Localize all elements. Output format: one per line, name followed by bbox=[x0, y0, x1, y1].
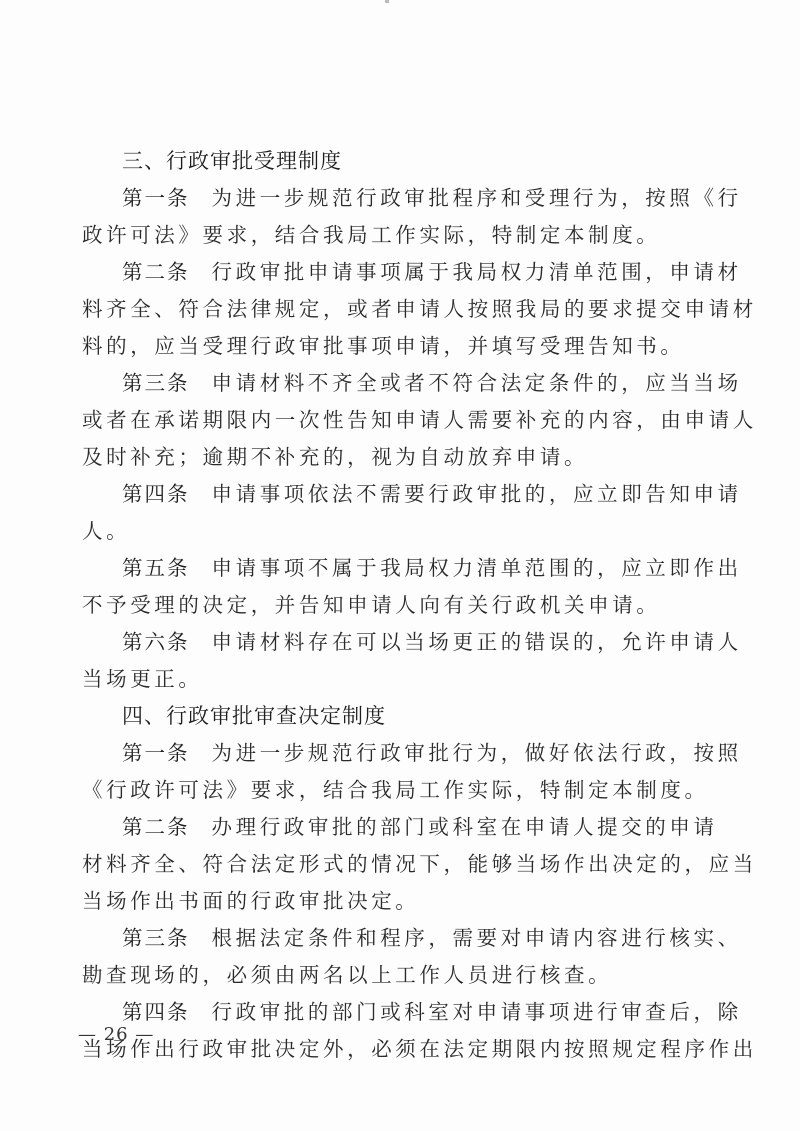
article-label: 第一条 bbox=[122, 741, 190, 765]
article-text: 《行政许可法》要求，结合我局工作实际，特制定本制度。 bbox=[82, 772, 722, 809]
article-text: 办理行政审批的部门或科室在申请人提交的申请 bbox=[212, 815, 718, 839]
article-3-5: 第五条申请事项不属于我局权力清单范围的，应立即作出 不予受理的决定，并告知申请人… bbox=[82, 550, 722, 624]
article-text: 申请材料不齐全或者不符合法定条件的，应当当场 bbox=[212, 371, 742, 395]
article-4-2: 第二条办理行政审批的部门或科室在申请人提交的申请 材料齐全、符合法定形式的情况下… bbox=[82, 809, 722, 920]
article-text: 人。 bbox=[82, 513, 722, 550]
article-text: 或者在承诺期限内一次性告知申请人需要补充的内容，由申请人 bbox=[82, 402, 722, 439]
page-number: — 26 — bbox=[78, 1024, 154, 1045]
article-text: 行政审批的部门或科室对申请事项进行审查后，除 bbox=[212, 1000, 742, 1024]
article-text: 当场更正。 bbox=[82, 661, 722, 698]
section-heading-3: 三、行政审批受理制度 bbox=[82, 143, 722, 180]
article-label: 第三条 bbox=[122, 926, 190, 950]
document-body: 三、行政审批受理制度 第一条为进一步规范行政审批程序和受理行为，按照《行 政许可… bbox=[82, 143, 722, 1068]
document-page: 三、行政审批受理制度 第一条为进一步规范行政审批程序和受理行为，按照《行 政许可… bbox=[0, 0, 800, 1131]
article-text: 当场作出行政审批决定外，必须在法定期限内按照规定程序作出 bbox=[82, 1031, 722, 1068]
article-text: 及时补充；逾期不补充的，视为自动放弃申请。 bbox=[82, 439, 722, 476]
article-text: 为进一步规范行政审批程序和受理行为，按照《行 bbox=[212, 186, 742, 210]
section-heading-4: 四、行政审批审查决定制度 bbox=[82, 698, 722, 735]
article-text: 料的，应当受理行政审批事项申请，并填写受理告知书。 bbox=[82, 328, 722, 365]
article-label: 第四条 bbox=[122, 482, 190, 506]
article-label: 第二条 bbox=[122, 815, 190, 839]
article-text: 行政审批申请事项属于我局权力清单范围，申请材 bbox=[212, 260, 742, 284]
scan-artifact bbox=[385, 0, 389, 3]
article-3-2: 第二条行政审批申请事项属于我局权力清单范围，申请材 料齐全、符合法律规定，或者申… bbox=[82, 254, 722, 365]
article-text: 申请事项不属于我局权力清单范围的，应立即作出 bbox=[212, 556, 742, 580]
article-label: 第三条 bbox=[122, 371, 190, 395]
article-4-3: 第三条根据法定条件和程序，需要对申请内容进行核实、 勘查现场的，必须由两名以上工… bbox=[82, 920, 722, 994]
article-label: 第一条 bbox=[122, 186, 190, 210]
article-3-3: 第三条申请材料不齐全或者不符合法定条件的，应当当场 或者在承诺期限内一次性告知申… bbox=[82, 365, 722, 476]
article-text: 材料齐全、符合法定形式的情况下，能够当场作出决定的，应当 bbox=[82, 846, 722, 883]
article-text: 申请事项依法不需要行政审批的，应立即告知申请 bbox=[212, 482, 742, 506]
article-text: 为进一步规范行政审批行为，做好依法行政，按照 bbox=[212, 741, 742, 765]
article-3-6: 第六条申请材料存在可以当场更正的错误的，允许申请人 当场更正。 bbox=[82, 624, 722, 698]
article-label: 第二条 bbox=[122, 260, 190, 284]
article-text: 料齐全、符合法律规定，或者申请人按照我局的要求提交申请材 bbox=[82, 291, 722, 328]
article-text: 申请材料存在可以当场更正的错误的，允许申请人 bbox=[212, 630, 742, 654]
article-4-4: 第四条行政审批的部门或科室对申请事项进行审查后，除 当场作出行政审批决定外，必须… bbox=[82, 994, 722, 1068]
article-text: 勘查现场的，必须由两名以上工作人员进行核查。 bbox=[82, 957, 722, 994]
article-3-1: 第一条为进一步规范行政审批程序和受理行为，按照《行 政许可法》要求，结合我局工作… bbox=[82, 180, 722, 254]
article-text: 当场作出书面的行政审批决定。 bbox=[82, 883, 722, 920]
article-text: 不予受理的决定，并告知申请人向有关行政机关申请。 bbox=[82, 587, 722, 624]
article-text: 根据法定条件和程序，需要对申请内容进行核实、 bbox=[212, 926, 742, 950]
article-label: 第四条 bbox=[122, 1000, 190, 1024]
article-label: 第六条 bbox=[122, 630, 190, 654]
article-label: 第五条 bbox=[122, 556, 190, 580]
article-4-1: 第一条为进一步规范行政审批行为，做好依法行政，按照 《行政许可法》要求，结合我局… bbox=[82, 735, 722, 809]
article-text: 政许可法》要求，结合我局工作实际，特制定本制度。 bbox=[82, 217, 722, 254]
article-3-4: 第四条申请事项依法不需要行政审批的，应立即告知申请 人。 bbox=[82, 476, 722, 550]
